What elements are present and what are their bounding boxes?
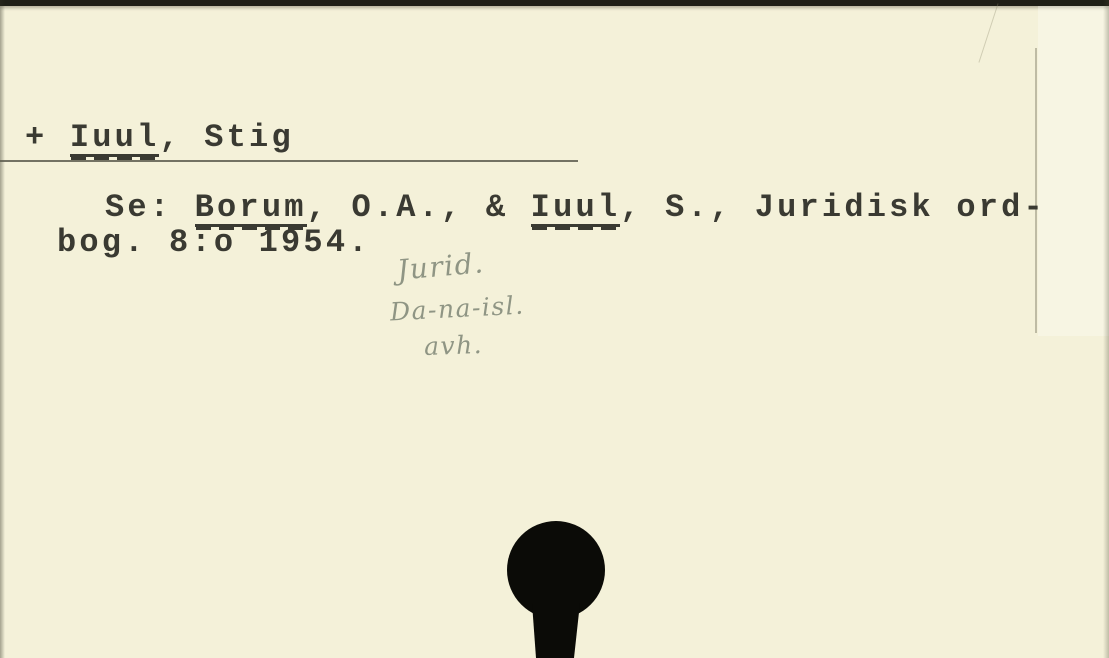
see-reference-line-2: bog. 8:o 1954.: [57, 227, 371, 259]
corner-crease: [978, 3, 998, 62]
pencil-note-type: avh.: [424, 330, 484, 361]
catalog-card: + Iuul, Stig Se: Borum, O.A., & Iuul, S.…: [0, 0, 1109, 658]
underlying-card-edge: [1038, 6, 1109, 336]
reference-separator-1: , O.A., &: [307, 189, 531, 226]
punch-hole-stem: [532, 603, 580, 658]
see-reference-line-1: Se: Borum, O.A., & Iuul, S., Juridisk or…: [105, 192, 1046, 227]
card-right-edge: [1103, 0, 1109, 658]
pencil-note-languages: Da-na-isl.: [389, 290, 525, 326]
reference-author-borum: Borum: [195, 192, 307, 227]
reference-title-part: , S., Juridisk ord-: [620, 189, 1046, 226]
heading-suffix: , Stig: [159, 119, 293, 156]
heading-author-name: Iuul: [70, 122, 160, 157]
punch-hole: [502, 518, 612, 658]
heading-prefix: +: [25, 119, 70, 156]
reference-see-label: Se:: [105, 189, 195, 226]
pencil-note-subject: Jurid.: [396, 246, 486, 286]
heading-line: + Iuul, Stig: [25, 122, 294, 157]
card-top-edge: [0, 0, 1109, 6]
reference-author-iuul: Iuul: [531, 192, 621, 227]
heading-rule: [0, 160, 578, 162]
card-left-edge: [0, 0, 5, 658]
